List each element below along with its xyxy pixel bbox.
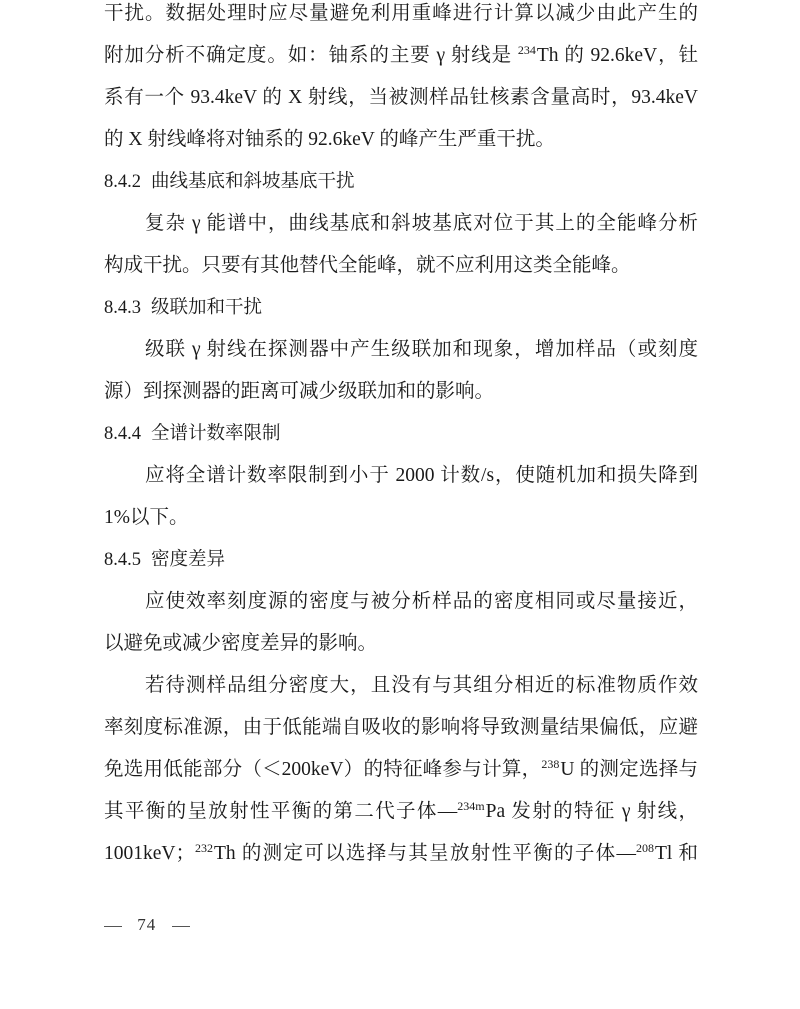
paragraph-line: 率刻度标准源，由于低能端自吸收的影响将导致测量结果偏低，应避 bbox=[104, 714, 698, 756]
section-number: 8.4.2 bbox=[104, 172, 141, 192]
isotope-mass-number: 238 bbox=[541, 757, 559, 771]
paragraph-line: 以避免或减少密度差异的影响。 bbox=[104, 630, 698, 672]
paragraph-line: 若待测样品组分密度大，且没有与其组分相近的标准物质作效 bbox=[104, 672, 698, 714]
paragraph-line: 干扰。数据处理时应尽量避免利用重峰进行计算以减少由此产生的 bbox=[104, 0, 698, 42]
text-run: Tl 和 bbox=[655, 843, 698, 864]
isotope-mass-number: 232 bbox=[195, 841, 213, 855]
paragraph-line: 的 X 射线峰将对铀系的 92.6keV 的峰产生严重干扰。 bbox=[104, 126, 698, 168]
paragraph-line: 1%以下。 bbox=[104, 504, 698, 546]
section-heading: 8.4.2曲线基底和斜坡基底干扰 bbox=[104, 168, 698, 210]
text-run: 1001keV； bbox=[104, 843, 195, 864]
text-run: U 的测定选择与 bbox=[560, 759, 698, 780]
paragraph-line: 复杂 γ 能谱中，曲线基底和斜坡基底对位于其上的全能峰分析 bbox=[104, 210, 698, 252]
isotope-mass-number: 234m bbox=[457, 799, 484, 813]
page-number: 74 bbox=[137, 915, 156, 934]
paragraph-line: 其平衡的呈放射性平衡的第二代子体—234mPa 发射的特征 γ 射线， bbox=[104, 798, 698, 840]
paragraph-line: 构成干扰。只要有其他替代全能峰，就不应利用这类全能峰。 bbox=[104, 252, 698, 294]
footer-dash-left bbox=[104, 926, 122, 927]
section-heading: 8.4.5密度差异 bbox=[104, 546, 698, 588]
section-title: 曲线基底和斜坡基底干扰 bbox=[151, 172, 355, 192]
text-run: Th 的 92.6keV，钍 bbox=[537, 45, 698, 66]
section-number: 8.4.5 bbox=[104, 550, 141, 570]
text-run: Pa 发射的特征 γ 射线， bbox=[486, 801, 698, 822]
document-page: 干扰。数据处理时应尽量避免利用重峰进行计算以减少由此产生的附加分析不确定度。如：… bbox=[104, 0, 698, 882]
paragraph-line: 免选用低能部分（＜200keV）的特征峰参与计算，238U 的测定选择与 bbox=[104, 756, 698, 798]
section-heading: 8.4.3级联加和干扰 bbox=[104, 294, 698, 336]
paragraph-line: 应将全谱计数率限制到小于 2000 计数/s，使随机加和损失降到 bbox=[104, 462, 698, 504]
section-heading: 8.4.4全谱计数率限制 bbox=[104, 420, 698, 462]
section-title: 密度差异 bbox=[151, 550, 225, 570]
paragraph-line: 源）到探测器的距离可减少级联加和的影响。 bbox=[104, 378, 698, 420]
text-run: 其平衡的呈放射性平衡的第二代子体— bbox=[104, 801, 457, 822]
paragraph-line: 系有一个 93.4keV 的 X 射线，当被测样品钍核素含量高时，93.4keV bbox=[104, 84, 698, 126]
section-number: 8.4.3 bbox=[104, 298, 141, 318]
text-run: 附加分析不确定度。如：铀系的主要 γ 射线是 bbox=[104, 45, 518, 66]
section-title: 级联加和干扰 bbox=[151, 298, 262, 318]
document-body: 干扰。数据处理时应尽量避免利用重峰进行计算以减少由此产生的附加分析不确定度。如：… bbox=[104, 0, 698, 882]
section-number: 8.4.4 bbox=[104, 424, 141, 444]
section-title: 全谱计数率限制 bbox=[151, 424, 281, 444]
paragraph-line: 1001keV；232Th 的测定可以选择与其呈放射性平衡的子体—208Tl 和 bbox=[104, 840, 698, 882]
isotope-mass-number: 208 bbox=[636, 841, 654, 855]
footer-dash-right bbox=[172, 926, 190, 927]
paragraph-line: 附加分析不确定度。如：铀系的主要 γ 射线是 234Th 的 92.6keV，钍 bbox=[104, 42, 698, 84]
paragraph-line: 级联 γ 射线在探测器中产生级联加和现象，增加样品（或刻度 bbox=[104, 336, 698, 378]
paragraph-line: 应使效率刻度源的密度与被分析样品的密度相同或尽量接近， bbox=[104, 588, 698, 630]
page-footer: 74 bbox=[104, 915, 190, 935]
text-run: 免选用低能部分（＜200keV）的特征峰参与计算， bbox=[104, 759, 541, 780]
isotope-mass-number: 234 bbox=[518, 43, 536, 57]
text-run: Th 的测定可以选择与其呈放射性平衡的子体— bbox=[214, 843, 636, 864]
